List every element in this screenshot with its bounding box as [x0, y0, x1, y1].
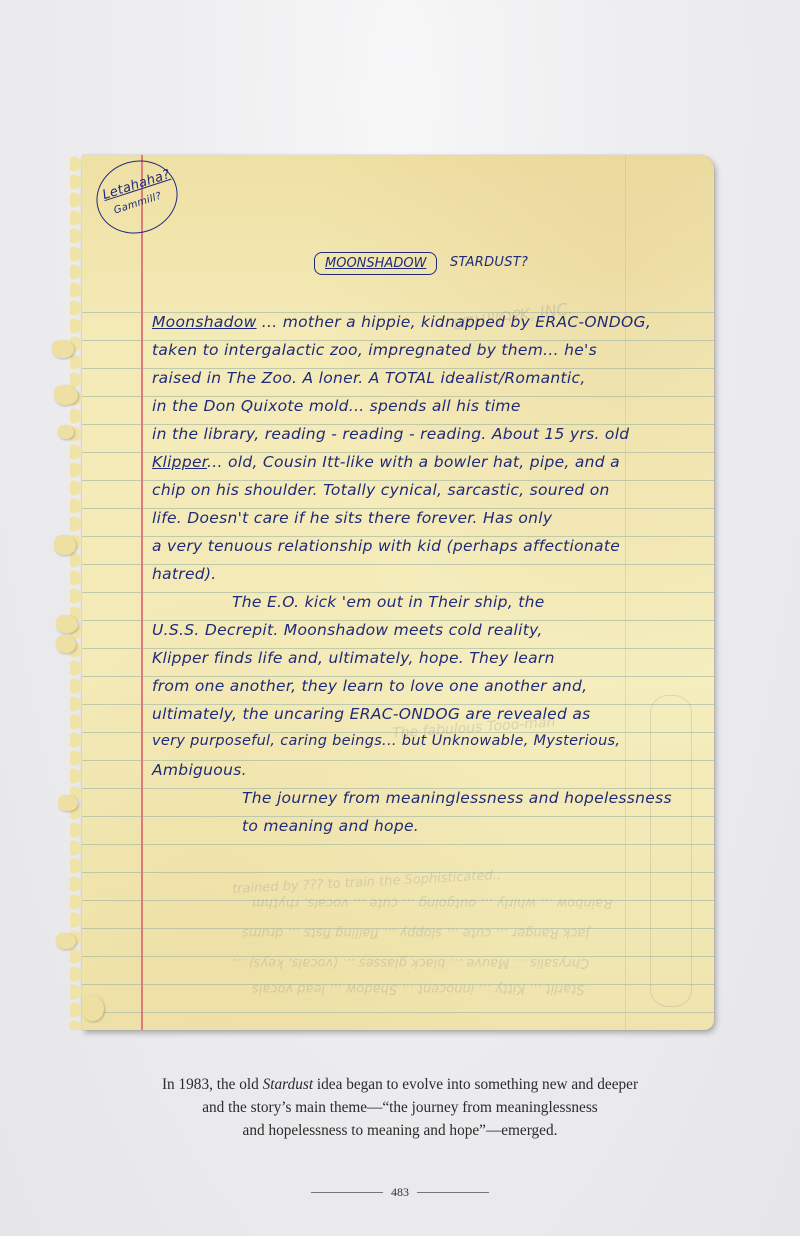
torn-paper-fragment [52, 340, 74, 358]
handwritten-line: life. Doesn't care if he sits there fore… [152, 509, 552, 527]
handwritten-line: Klipper... old, Cousin Itt-like with a b… [152, 453, 620, 471]
bleed-through-box [650, 695, 692, 1007]
handwritten-line: taken to intergalactic zoo, impregnated … [152, 341, 597, 359]
figure-caption: In 1983, the old Stardust idea began to … [0, 1073, 800, 1142]
handwritten-line: The E.O. kick 'em out in Their ship, the [232, 593, 545, 611]
red-margin-line [141, 155, 143, 1030]
handwritten-line-theme: The journey from meaninglessness and hop… [242, 789, 672, 807]
handwritten-line: Ambiguous. [152, 761, 247, 779]
handwritten-line: U.S.S. Decrepit. Moonshadow meets cold r… [152, 621, 543, 639]
title-alternate: STARDUST? [450, 255, 528, 270]
bleed-through-writing: Rainbow ... whirly ... outgoing ... cute… [252, 895, 612, 910]
torn-paper-fragment [56, 635, 76, 653]
title-moonshadow: MOONSHADOW [314, 252, 437, 275]
right-margin-line [625, 155, 626, 1030]
caption-line2: and the story’s main theme—“the journey … [0, 1096, 800, 1119]
folio-rule-left [311, 1192, 383, 1193]
torn-paper-fragment [54, 385, 78, 405]
handwritten-line: chip on his shoulder. Totally cynical, s… [152, 481, 610, 499]
caption-title-italic: Stardust [263, 1076, 313, 1093]
legal-pad-sheet: ᗯEUᗯᗩᖇK, INC. The fabulous Tooo-man trai… [82, 155, 714, 1030]
handwritten-line-theme: to meaning and hope. [242, 817, 419, 835]
bleed-through-writing: Starlit ... Kitty ... innocent ... Shado… [252, 981, 585, 996]
handwritten-line: Klipper finds life and, ultimately, hope… [152, 649, 555, 667]
page-folio: 483 [0, 1185, 800, 1200]
page-number: 483 [391, 1185, 409, 1200]
handwritten-line: ultimately, the uncaring ERAC-ONDOG are … [152, 705, 591, 723]
torn-paper-fragment [56, 933, 76, 949]
character-name-klipper: Klipper [152, 453, 207, 471]
torn-paper-fragment [82, 995, 104, 1021]
bleed-through-writing: Chrysalis ... Mauve ... black glasses ..… [232, 955, 589, 970]
torn-paper-fragment [54, 535, 76, 555]
bleed-through-writing: Jack Ranger ... cute ... sloppy ... flai… [242, 925, 589, 940]
torn-perforation-edge [70, 155, 92, 1030]
folio-rule-right [417, 1192, 489, 1193]
character-name-moonshadow: Moonshadow [152, 313, 257, 331]
torn-paper-fragment [58, 795, 78, 811]
caption-line3: and hopelessness to meaning and hope”—em… [0, 1119, 800, 1142]
handwritten-line: in the Don Quixote mold... spends all hi… [152, 397, 521, 415]
corner-note-circle: Letahaha? Gammill? [87, 150, 187, 244]
handwritten-line: a very tenuous relationship with kid (pe… [152, 537, 620, 555]
handwritten-line: raised in The Zoo. A loner. A TOTAL idea… [152, 369, 586, 387]
handwritten-line: very purposeful, caring beings... but Un… [152, 733, 620, 749]
handwritten-line: hatred). [152, 565, 217, 583]
torn-paper-fragment [58, 425, 74, 439]
handwritten-line: Moonshadow ... mother a hippie, kidnappe… [152, 313, 651, 331]
handwritten-line: from one another, they learn to love one… [152, 677, 587, 695]
torn-paper-fragment [56, 615, 78, 633]
caption-line1: In 1983, the old Stardust idea began to … [0, 1073, 800, 1096]
handwritten-line: in the library, reading - reading - read… [152, 425, 629, 443]
